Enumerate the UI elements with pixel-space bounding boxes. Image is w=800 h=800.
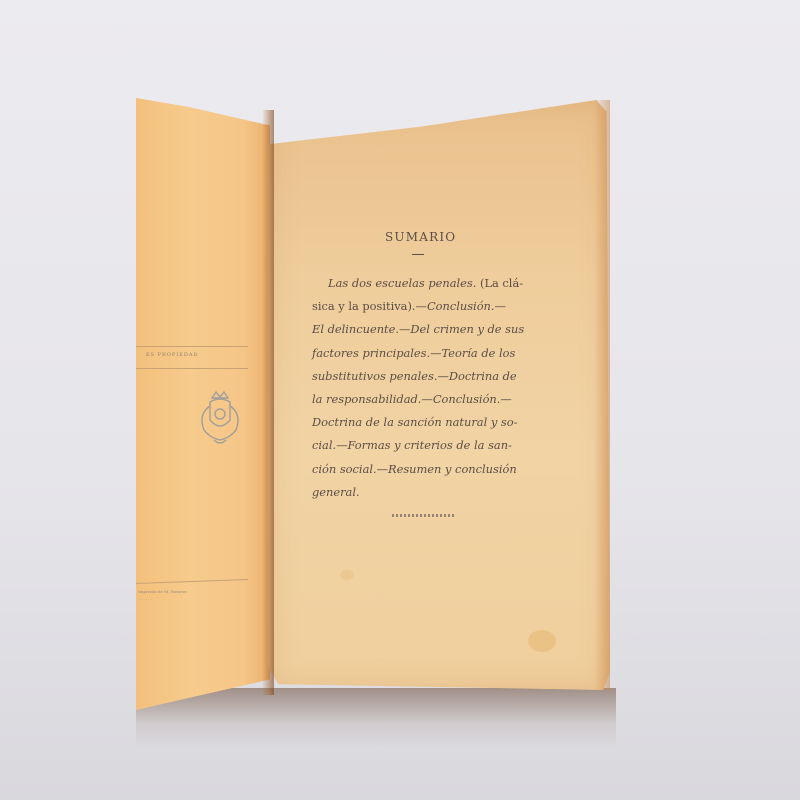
imprint-rule <box>136 579 248 584</box>
summary-italic: Las dos escuelas penales. <box>328 276 476 290</box>
imprint-line: ... ... ... <box>138 595 250 602</box>
imprint-text: Imprenta de M. Romero ... ... ... <box>138 588 250 602</box>
page-edge <box>594 100 610 690</box>
summary-roman: (La clá- <box>476 276 523 290</box>
foxing-stain <box>340 570 354 580</box>
foxing-stain <box>528 630 556 652</box>
summary-line: El delincuente.—Del crimen y de sus <box>312 318 534 341</box>
summary-line: cial.—Formas y criterios de la san- <box>312 434 534 457</box>
summary-line: Las dos escuelas penales. (La clá- <box>312 272 534 295</box>
book-shadow <box>136 688 616 748</box>
book-photo: ES PROPIEDAD Imprenta de M. Romero ... .… <box>0 0 800 800</box>
summary-line: ción social.—Resumen y conclusión <box>312 458 534 481</box>
page-title: SUMARIO <box>385 230 456 244</box>
coat-of-arms-icon <box>196 390 244 450</box>
summary-roman: sica y la positiva).— <box>312 299 427 313</box>
summary-italic: Conclusión.— <box>427 299 506 313</box>
stamp-rule-top <box>136 346 248 347</box>
summary-text: Las dos escuelas penales. (La clá- sica … <box>312 272 534 504</box>
stamp-label: ES PROPIEDAD <box>146 352 199 358</box>
summary-line: general. <box>312 481 534 504</box>
imprint-line: Imprenta de M. Romero <box>138 588 250 595</box>
summary-line: substitutivos penales.—Doctrina de <box>312 365 534 388</box>
left-page: ES PROPIEDAD Imprenta de M. Romero ... .… <box>136 98 270 710</box>
title-dash <box>412 254 424 255</box>
stamp-rule-bottom <box>136 368 248 369</box>
spine-gutter <box>262 110 274 695</box>
summary-line: la responsabilidad.—Conclusión.— <box>312 388 534 411</box>
summary-line: Doctrina de la sanción natural y so- <box>312 411 534 434</box>
wavy-rule-ornament-icon <box>392 514 454 517</box>
summary-line: factores principales.—Teoría de los <box>312 342 534 365</box>
summary-line: sica y la positiva).—Conclusión.— <box>312 295 534 318</box>
